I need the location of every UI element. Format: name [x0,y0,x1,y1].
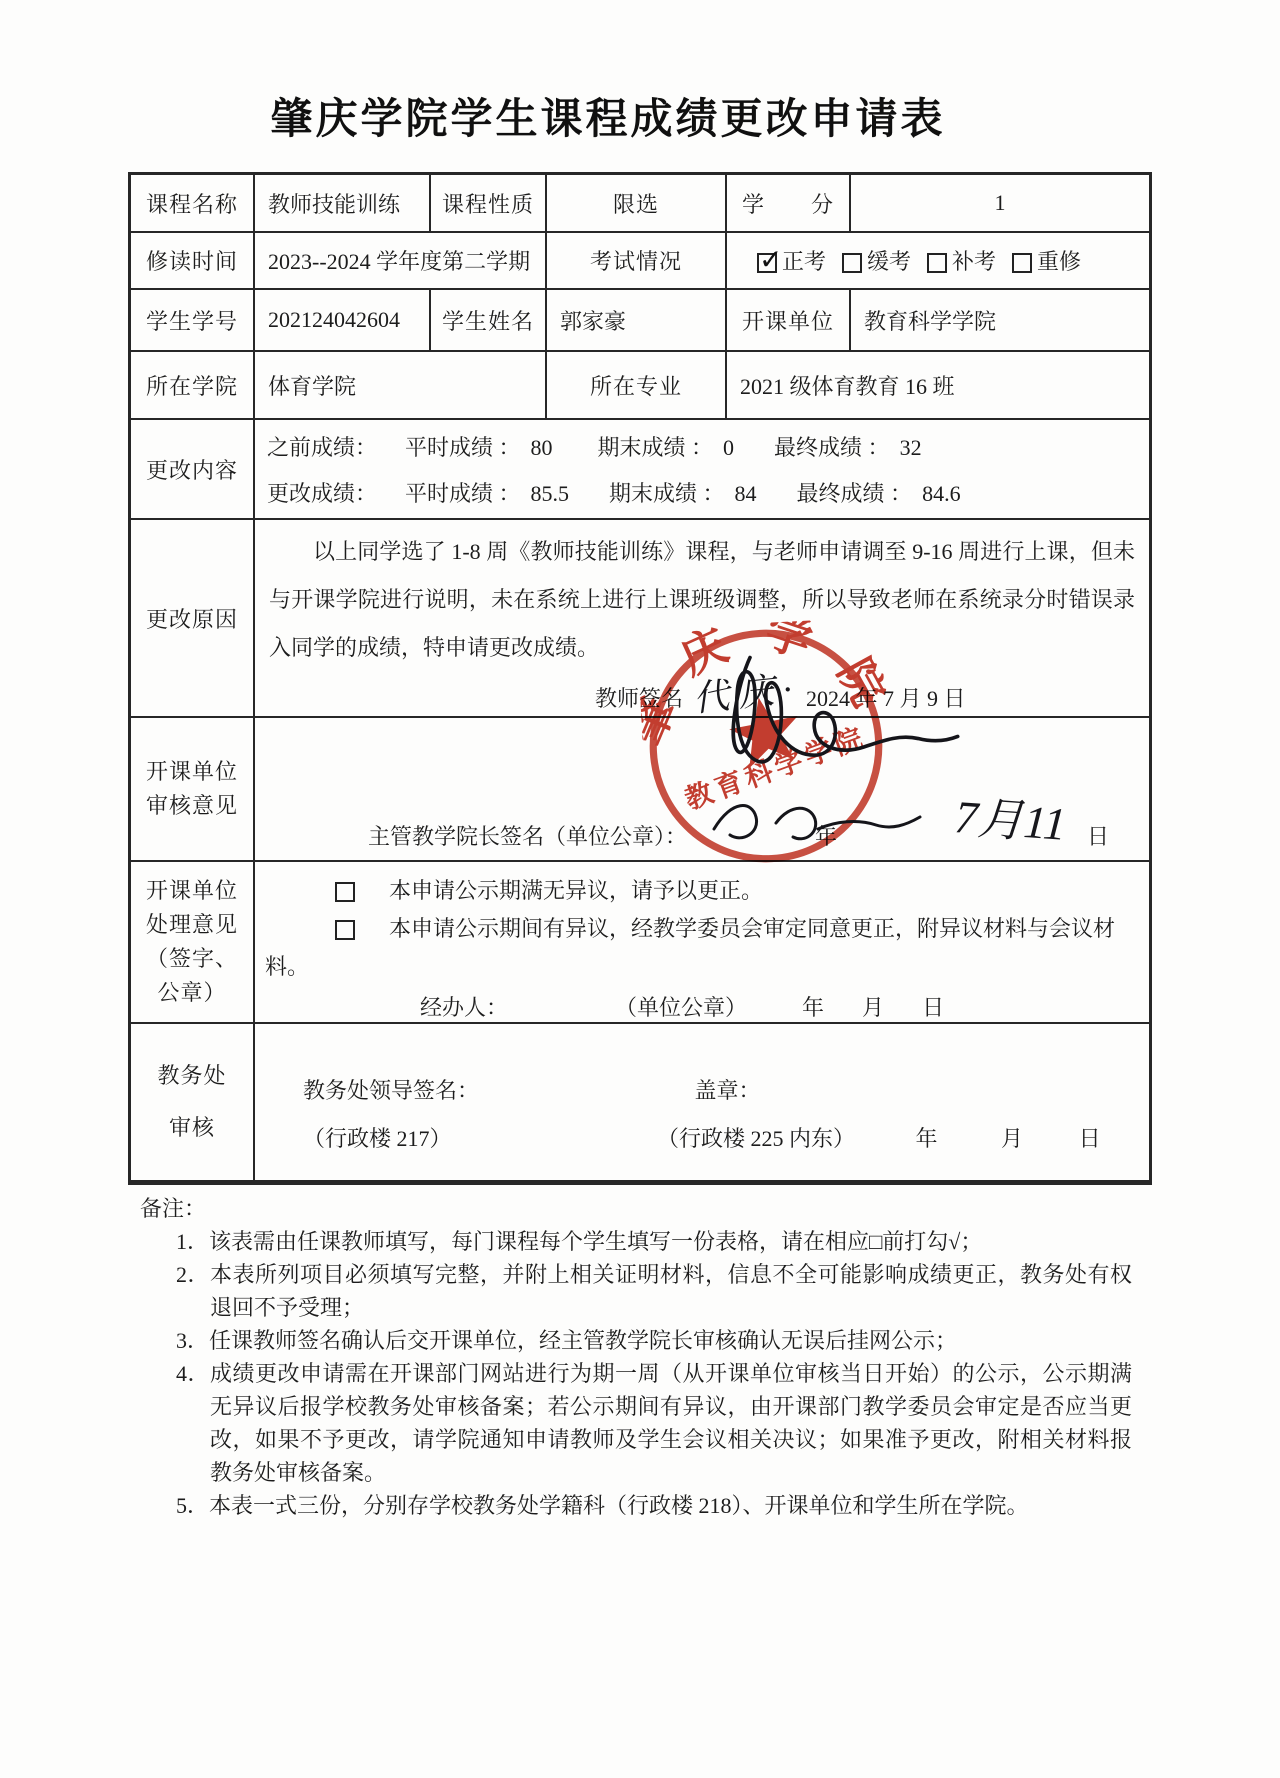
form-title: 肇庆学院学生课程成绩更改申请表 [96,86,1120,146]
notes-section: 备注： 1．该表需由任课教师填写，每门课程每个学生填写一份表格，请在相应□前打勾… [140,1192,1132,1522]
teacher-signature-line: 教师签名代 庆 ·2024 年 7 月 9 日 [595,672,1149,721]
row-unit-review: 开课单位 审核意见 主管教学院长签名（单位公章）： 年 7月11 日 [131,718,1149,862]
academic-review-value: 教务处领导签名： 盖章： （行政楼 217） （行政楼 225 内东） 年 月 … [255,1024,1149,1180]
reason-paragraph: 以上同学选了 1-8 周《教师技能训练》课程，与老师申请调至 9-16 周进行上… [255,520,1149,672]
exam-option-huankao: 缓考 [842,245,911,276]
form-table: 课程名称 教师技能训练 课程性质 限选 学 分 1 修读时间 2023--202… [128,172,1152,1185]
term-label: 修读时间 [131,233,255,288]
note-item: 2．本表所列项目必须填写完整，并附上相关证明材料，信息不全可能影响成绩更正，教务… [176,1258,1132,1324]
exam-option-chongxiu: 重修 [1012,245,1081,276]
before-final-score: 0 [723,435,734,460]
major-label: 所在专业 [547,352,727,418]
term-value: 2023--2024 学年度第二学期 [255,233,547,288]
course-nature-label: 课程性质 [431,175,547,231]
teacher-sign-label: 教师签名 [595,686,683,711]
before-usual-score: 80 [531,435,553,460]
review-year-label: 年 [815,820,837,851]
teacher-sign-date: 2024 年 7 月 9 日 [806,686,966,711]
row-academic-review: 教务处 审核 教务处领导签名： 盖章： （行政楼 217） （行政楼 225 内… [131,1024,1149,1182]
decision-option-2: 本申请公示期间有异议，经教学委员会审定同意更正，附异议材料与会议材料。 [255,910,1135,986]
exam-option-zhengkao: ✓正考 [757,245,826,276]
exam-status-options: ✓正考 缓考 补考 重修 [727,233,1149,288]
office-seal-label: 盖章： [695,1078,761,1103]
dean-sign-label: 主管教学院长签名（单位公章）： [368,820,687,851]
agent-line: 经办人：（单位公章）年月日 [255,990,1149,1026]
scores-after: 更改成绩：平时成绩 ：85.5期末成绩 ：84最终成绩 ：84.6 [255,471,1149,517]
credit-label: 学 分 [727,175,851,231]
checkbox-empty-icon [1012,253,1032,273]
review-handwritten-date: 7月11 [953,780,1069,854]
student-name-value: 郭家豪 [547,290,727,350]
review-day-label: 日 [1087,820,1109,851]
checkbox-empty-icon [927,253,947,273]
major-value: 2021 级体育教育 16 班 [727,352,1149,418]
unit-decision-value: 本申请公示期满无异议，请予以更正。 本申请公示期间有异议，经教学委员会审定同意更… [255,862,1149,1022]
course-name-label: 课程名称 [131,175,255,231]
change-content-value: 之前成绩：平时成绩 ：80期末成绩 ：0最终成绩 ：32 更改成绩：平时成绩 ：… [255,420,1149,518]
checkbox-empty-icon [842,253,862,273]
teacher-handwritten-name: 代 庆 · [691,667,794,721]
exam-option-bukao: 补考 [927,245,996,276]
checkbox-empty-icon [335,920,355,940]
after-final-score: 84 [735,481,757,506]
credit-value: 1 [851,175,1149,231]
row-college: 所在学院 体育学院 所在专业 2021 级体育教育 16 班 [131,352,1149,420]
college-label: 所在学院 [131,352,255,418]
checkbox-empty-icon [335,882,355,902]
unit-seal-label: （单位公章） [626,995,747,1020]
course-nature-value: 限选 [547,175,727,231]
unit-review-value: 主管教学院长签名（单位公章）： 年 7月11 日 [255,718,1149,860]
checkbox-checked-icon: ✓ [757,253,777,273]
row-student: 学生学号 202124042604 学生姓名 郭家豪 开课单位 教育科学学院 [131,290,1149,352]
office-sign-location: （行政楼 217） [303,1126,452,1151]
change-reason-value: 以上同学选了 1-8 周《教师技能训练》课程，与老师申请调至 9-16 周进行上… [255,520,1149,716]
unit-decision-label: 开课单位 处理意见 （签字、 公章） [131,862,255,1022]
scores-before: 之前成绩：平时成绩 ：80期末成绩 ：0最终成绩 ：32 [255,425,1149,471]
course-name-value: 教师技能训练 [255,175,431,231]
scanned-form-page: 肇庆学院学生课程成绩更改申请表 课程名称 教师技能训练 课程性质 限选 学 分 … [0,0,1280,1778]
academic-review-label: 教务处 审核 [131,1024,255,1180]
row-change-content: 更改内容 之前成绩：平时成绩 ：80期末成绩 ：0最终成绩 ：32 更改成绩：平… [131,420,1149,520]
note-item: 5．本表一式三份，分别存学校教务处学籍科（行政楼 218）、开课单位和学生所在学… [176,1489,1132,1522]
notes-header: 备注： [140,1192,1132,1225]
decision-option-1: 本申请公示期满无异议，请予以更正。 [255,872,1135,910]
note-item: 1．该表需由任课教师填写，每门课程每个学生填写一份表格，请在相应□前打勾√； [176,1225,1132,1258]
row-change-reason: 更改原因 以上同学选了 1-8 周《教师技能训练》课程，与老师申请调至 9-16… [131,520,1149,718]
note-item: 4．成绩更改申请需在开课部门网站进行为期一周（从开课单位审核当日开始）的公示，公… [176,1357,1132,1489]
unit-review-label: 开课单位 审核意见 [131,718,255,860]
offering-unit-value: 教育科学学院 [851,290,1149,350]
after-usual-score: 85.5 [531,481,570,506]
after-total-score: 84.6 [922,481,961,506]
agent-label: 经办人： [420,995,508,1020]
row-course: 课程名称 教师技能训练 课程性质 限选 学 分 1 [131,175,1149,233]
change-content-label: 更改内容 [131,420,255,518]
row-unit-decision: 开课单位 处理意见 （签字、 公章） 本申请公示期满无异议，请予以更正。 本申请… [131,862,1149,1024]
exam-status-label: 考试情况 [547,233,727,288]
row-term: 修读时间 2023--2024 学年度第二学期 考试情况 ✓正考 缓考 补考 重… [131,233,1149,290]
change-reason-label: 更改原因 [131,520,255,716]
student-id-label: 学生学号 [131,290,255,350]
offering-unit-label: 开课单位 [727,290,851,350]
office-seal-location: （行政楼 225 内东） [657,1126,855,1151]
office-leader-sign-label: 教务处领导签名： [303,1078,479,1103]
student-id-value: 202124042604 [255,290,431,350]
note-item: 3．任课教师签名确认后交开课单位，经主管教学院长审核确认无误后挂网公示； [176,1324,1132,1357]
college-value: 体育学院 [255,352,547,418]
student-name-label: 学生姓名 [431,290,547,350]
before-total-score: 32 [900,435,922,460]
